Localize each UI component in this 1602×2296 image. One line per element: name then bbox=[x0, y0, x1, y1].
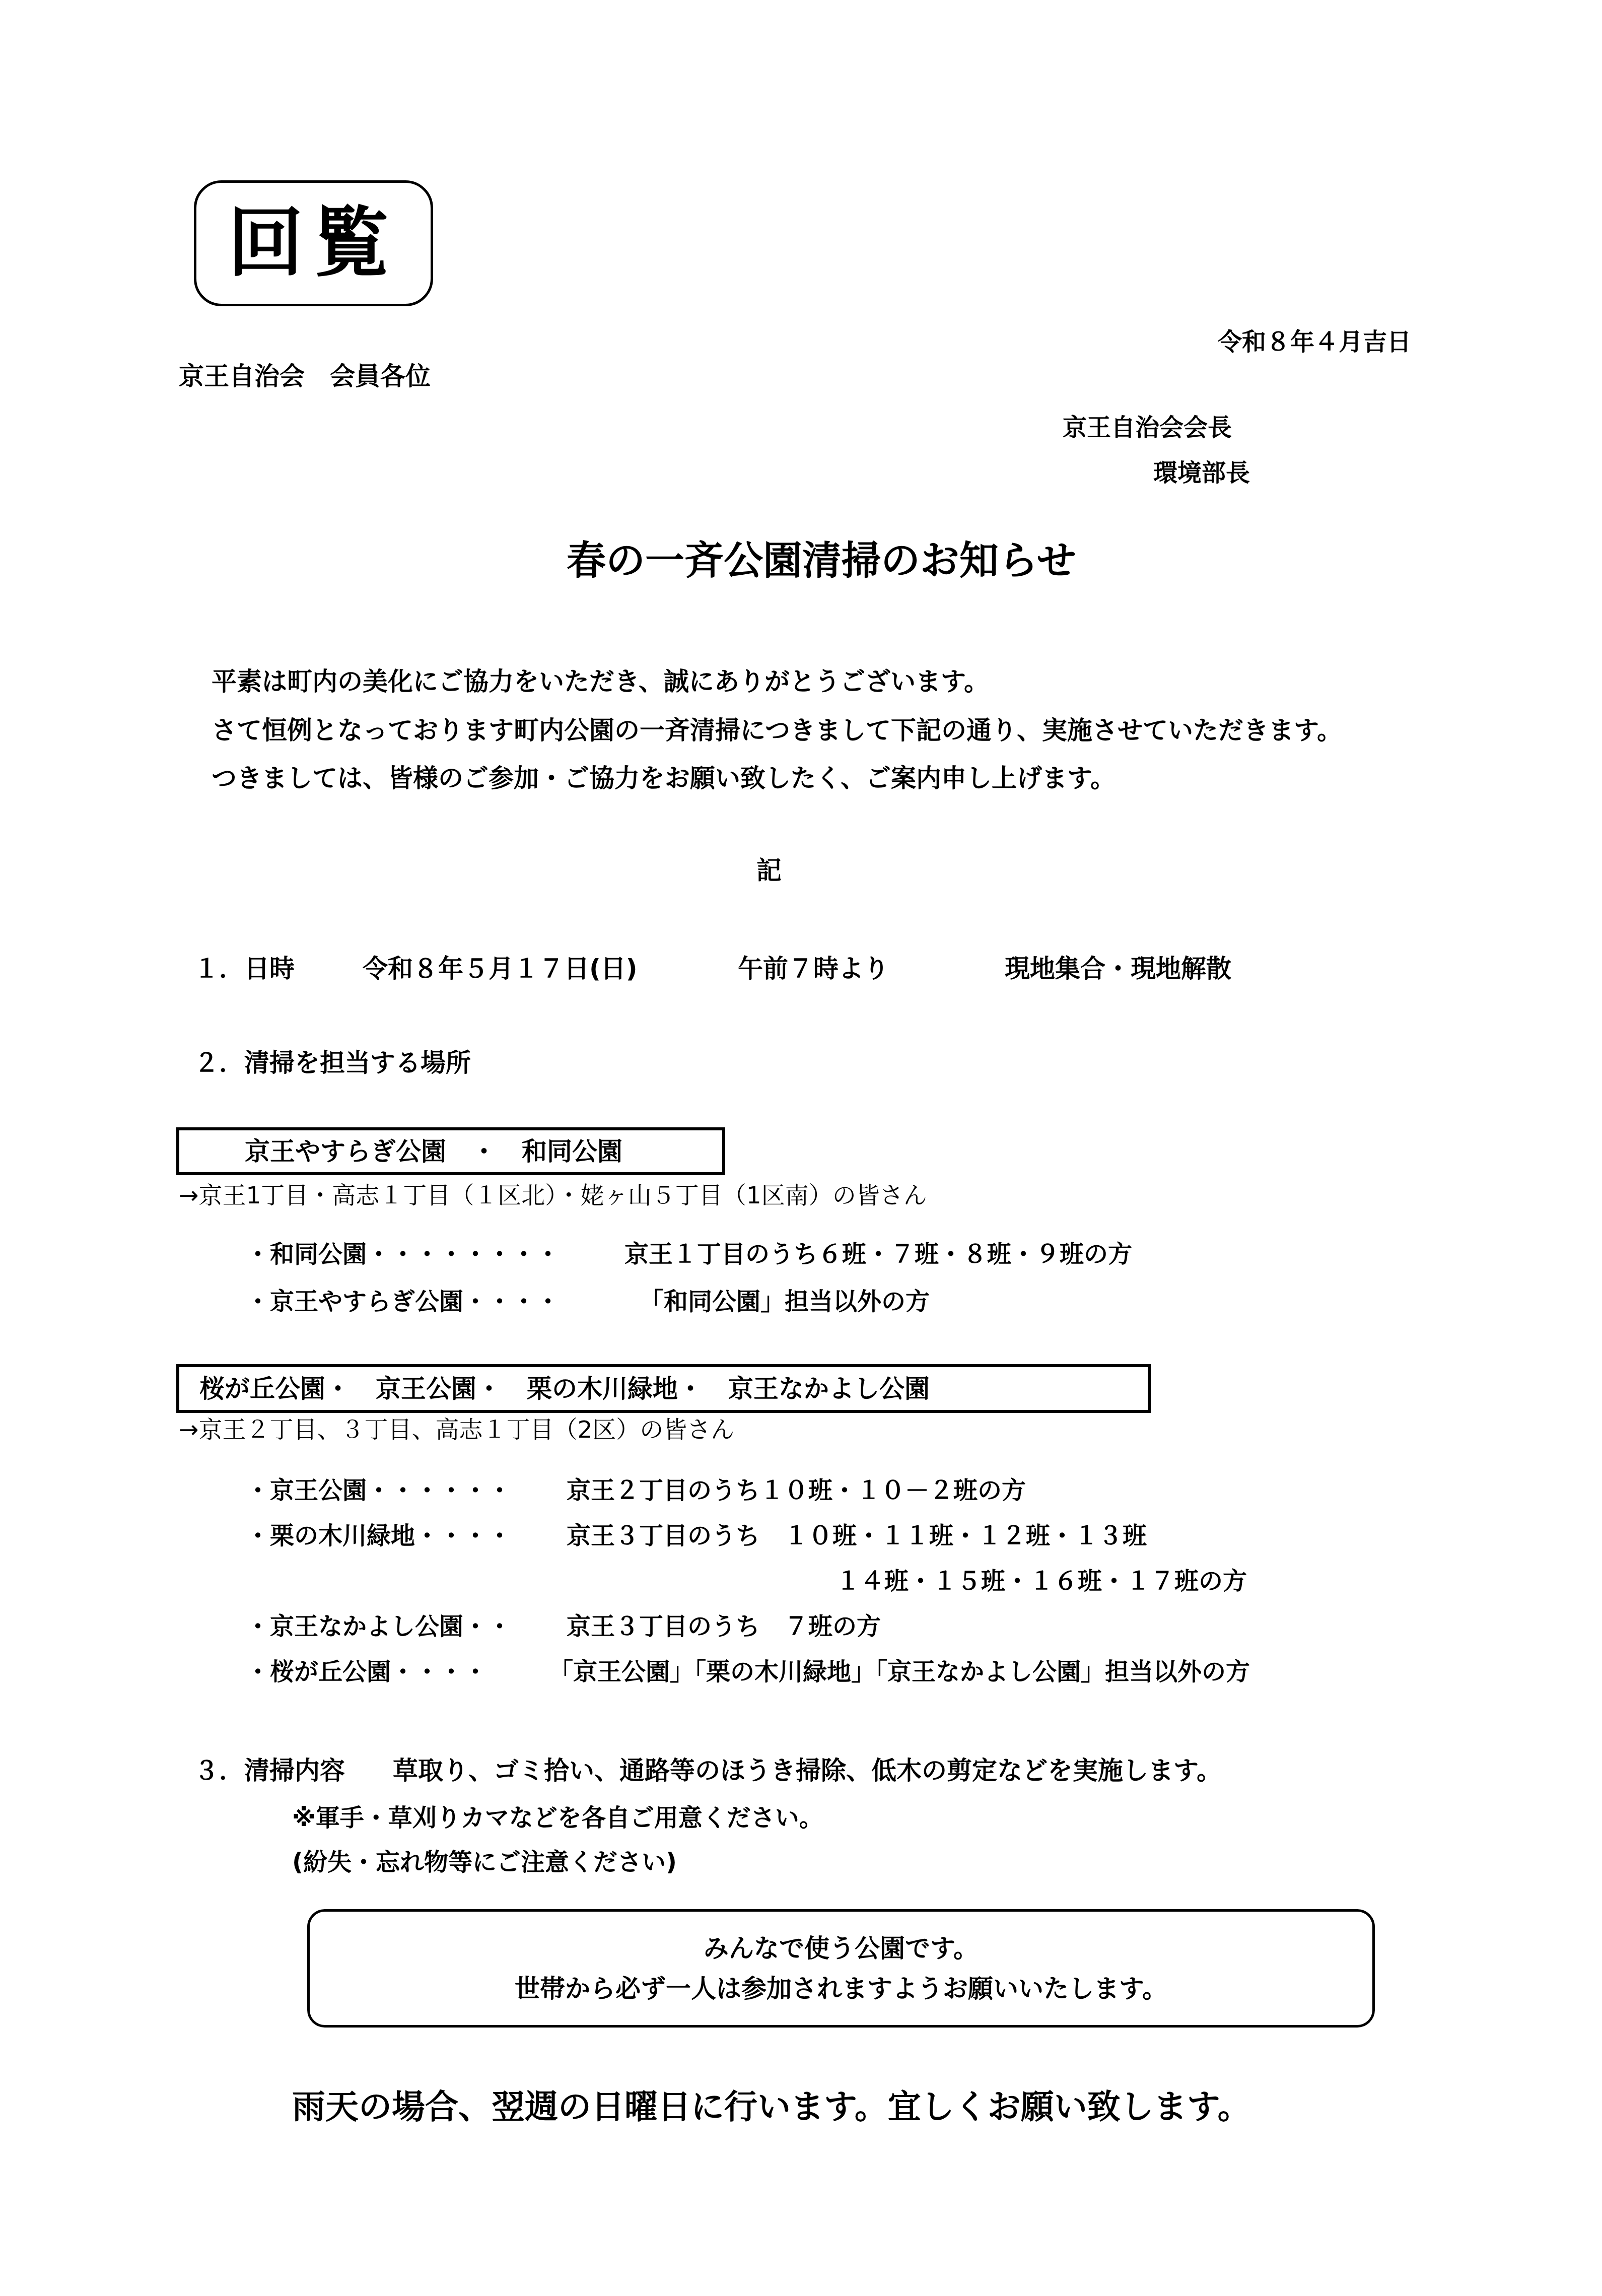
assignment-park: ・京王公園・・・・・・ bbox=[246, 1478, 512, 1503]
park-group1-box: 京王やすらぎ公園 ・ 和同公園 bbox=[176, 1127, 725, 1175]
notice-line-2: 世帯から必ず一人は参加されますようお願いいたします。 bbox=[515, 1976, 1167, 2001]
bring-items-note: ※軍手・草刈りカマなどを各自ご用意ください。 bbox=[292, 1806, 823, 1830]
intro-line-1: 平素は町内の美化にご協力をいただき、誠にありがとうございます。 bbox=[212, 669, 989, 694]
assignment-park: ・栗の木川緑地・・・・ bbox=[246, 1524, 512, 1548]
intro-line-3: つきましては、皆様のご参加・ご協力をお願い致したく、ご案内申し上げます。 bbox=[212, 766, 1116, 791]
event-date: 令和８年５月１７日(日) bbox=[363, 956, 638, 981]
assignment-detail-continued: １４班・１５班・１６班・１７班の方 bbox=[836, 1569, 1247, 1593]
assignment-detail: 京王３丁目のうち ７班の方 bbox=[567, 1614, 881, 1639]
assignment-detail: 「京王公園」「栗の木川緑地」「京王なかよし公園」担当以外の方 bbox=[549, 1660, 1250, 1684]
park-group2-residents: →京王２丁目、３丁目、高志１丁目（2区）の皆さん bbox=[179, 1418, 734, 1442]
park-group1-residents: →京王1丁目・高志１丁目（１区北）・姥ヶ山５丁目（1区南）の皆さん bbox=[179, 1184, 927, 1207]
assignment-park: ・和同公園・・・・・・・・ bbox=[246, 1242, 560, 1266]
assignment-detail: 京王１丁目のうち６班・７班・８班・９班の方 bbox=[624, 1242, 1132, 1266]
park-group2-box: 桜が丘公園・ 京王公園・ 栗の木川緑地・ 京王なかよし公園 bbox=[176, 1364, 1151, 1413]
assignment-detail: 「和同公園」担当以外の方 bbox=[640, 1290, 930, 1314]
event-meeting-place: 現地集合・現地解散 bbox=[1005, 956, 1231, 981]
section3-label: ３．清掃内容 bbox=[194, 1758, 345, 1783]
stamp-label: 回覧 bbox=[228, 206, 399, 281]
lost-items-note: (紛失・忘れ物等にご注意ください) bbox=[292, 1850, 677, 1874]
rain-policy-closing: 雨天の場合、翌週の日曜日に行います。宜しくお願い致します。 bbox=[292, 2090, 1250, 2124]
section2-label: ２．清掃を担当する場所 bbox=[194, 1050, 471, 1075]
section1-label: １．日時 bbox=[194, 956, 295, 981]
cleaning-content: 草取り、ゴミ拾い、通路等のほうき掃除、低木の剪定などを実施します。 bbox=[393, 1758, 1222, 1783]
assignment-park: ・京王やすらぎ公園・・・・ bbox=[246, 1290, 560, 1314]
assignment-park: ・京王なかよし公園・・ bbox=[246, 1614, 512, 1639]
sender-department: 環境部長 bbox=[1153, 461, 1250, 485]
park-group2-title: 桜が丘公園・ 京王公園・ 栗の木川緑地・ 京王なかよし公園 bbox=[199, 1376, 930, 1401]
assignment-detail: 京王３丁目のうち １０班・１１班・１２班・１３班 bbox=[567, 1524, 1147, 1548]
participation-notice-box: みんなで使う公園です。 世帯から必ず一人は参加されますようお願いいたします。 bbox=[307, 1909, 1375, 2028]
event-time: 午前７時より bbox=[738, 956, 889, 981]
page-title: 春の一斉公園清掃のお知らせ bbox=[567, 542, 1076, 581]
ki-heading: 記 bbox=[756, 858, 782, 883]
park-group1-title: 京王やすらぎ公園 ・ 和同公園 bbox=[245, 1139, 622, 1164]
assignment-park: ・桜が丘公園・・・・ bbox=[246, 1660, 487, 1684]
circular-stamp: 回覧 bbox=[194, 180, 433, 306]
issue-date: 令和８年４月吉日 bbox=[1218, 330, 1411, 354]
assignment-detail: 京王２丁目のうち１０班・１０－２班の方 bbox=[567, 1478, 1026, 1503]
intro-line-2: さて恒例となっております町内公園の一斉清掃につきまして下記の通り、実施させていた… bbox=[212, 718, 1342, 743]
recipient: 京王自治会 会員各位 bbox=[179, 364, 431, 389]
notice-line-1: みんなで使う公園です。 bbox=[704, 1936, 979, 1961]
sender-chairman: 京王自治会会長 bbox=[1063, 416, 1232, 440]
